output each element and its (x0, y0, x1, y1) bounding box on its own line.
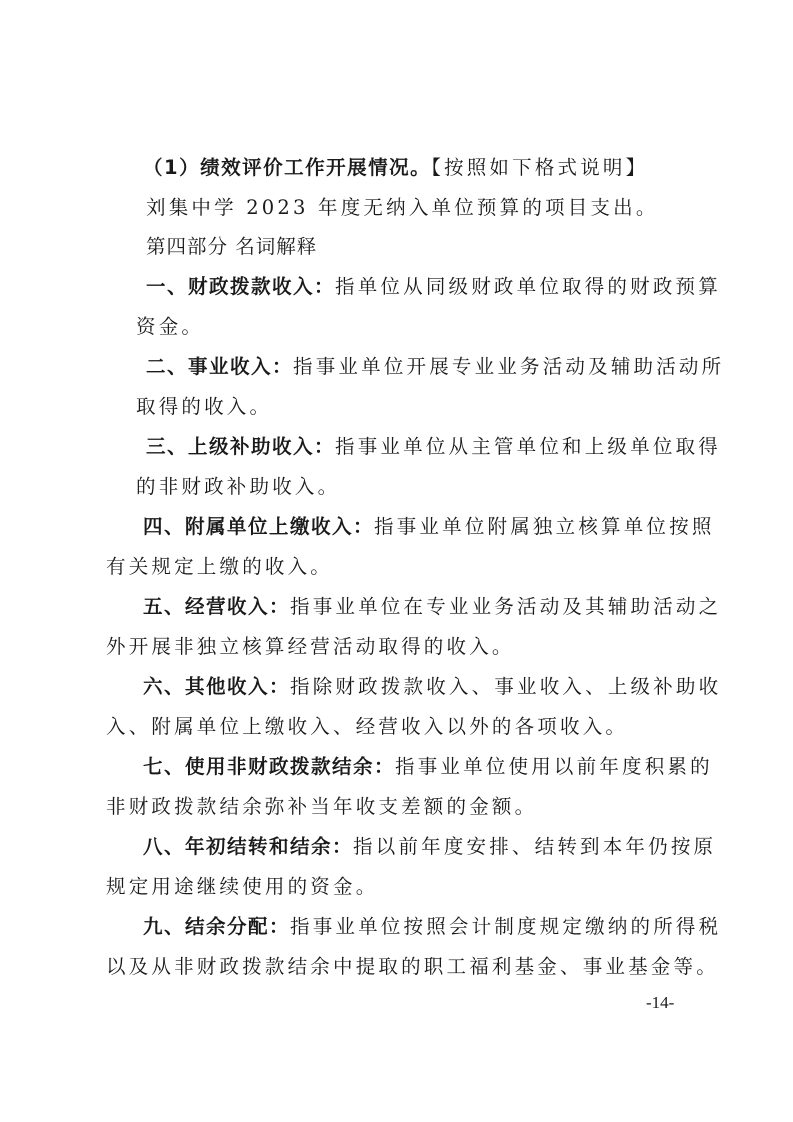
term-4-line2: 有关规定上缴的收入。 (106, 553, 333, 581)
term-3-line1: 三、上级补助收入：指事业单位从主管单位和上级单位取得 (146, 433, 721, 461)
term-1-line1: 一、财政拨款收入：指单位从同级财政单位取得的财政预算 (146, 273, 721, 301)
term-5-label: 五、经营收入： (143, 595, 290, 618)
term-9-line2: 以及从非财政拨款结余中提取的职工福利基金、事业基金等。 (106, 953, 719, 981)
term-1-line2: 资金。 (136, 313, 204, 341)
term-1-label: 一、财政拨款收入： (146, 275, 335, 298)
term-1-definition: 指单位从同级财政单位取得的财政预算 (335, 275, 721, 298)
term-9-label: 九、结余分配： (143, 915, 290, 938)
term-6-label: 六、其他收入： (143, 675, 290, 698)
term-7-definition: 指事业单位使用以前年度积累的 (395, 755, 713, 778)
term-3-line2: 的非财政补助收入。 (136, 473, 340, 501)
term-7-line1: 七、使用非财政拨款结余：指事业单位使用以前年度积累的 (143, 753, 713, 781)
term-9-definition: 指事业单位按照会计制度规定缴纳的所得税 (290, 915, 721, 938)
term-2-line2: 取得的收入。 (136, 393, 272, 421)
term-3-definition: 指事业单位从主管单位和上级单位取得 (335, 435, 721, 458)
term-5-definition: 指事业单位在专业业务活动及其辅助活动之 (290, 595, 721, 618)
term-4-line1: 四、附属单位上缴收入：指事业单位附属独立核算单位按照 (143, 513, 715, 541)
page-number: -14- (646, 993, 674, 1013)
term-8-definition: 指以前年度安排、结转到本年仍按原 (353, 835, 716, 858)
term-9-line1: 九、结余分配：指事业单位按照会计制度规定缴纳的所得税 (143, 913, 721, 941)
term-2-definition: 指事业单位开展专业业务活动及辅助活动所 (293, 355, 724, 378)
section-heading: （1）绩效评价工作开展情况。【按照如下格式说明】 (143, 154, 648, 182)
section-heading-note: 【按照如下格式说明】 (431, 156, 648, 179)
term-2-label: 二、事业收入： (146, 355, 293, 378)
term-8-line1: 八、年初结转和结余：指以前年度安排、结转到本年仍按原 (143, 833, 716, 861)
term-3-label: 三、上级补助收入： (146, 435, 335, 458)
term-8-line2: 规定用途继续使用的资金。 (106, 873, 378, 901)
term-6-definition: 指除财政拨款收入、事业收入、上级补助收 (290, 675, 721, 698)
term-4-definition: 指事业单位附属独立核算单位按照 (374, 515, 715, 538)
term-5-line2: 外开展非独立核算经营活动取得的收入。 (106, 633, 515, 661)
term-5-line1: 五、经营收入：指事业单位在专业业务活动及其辅助活动之 (143, 593, 721, 621)
section-statement: 刘集中学 2023 年度无纳入单位预算的项目支出。 (146, 194, 659, 222)
term-6-line2: 入、附属单位上缴收入、经营收入以外的各项收入。 (106, 713, 628, 741)
term-8-label: 八、年初结转和结余： (143, 835, 353, 858)
term-2-line1: 二、事业收入：指事业单位开展专业业务活动及辅助活动所 (146, 353, 724, 381)
term-7-label: 七、使用非财政拨款结余： (143, 755, 395, 778)
term-6-line1: 六、其他收入：指除财政拨款收入、事业收入、上级补助收 (143, 673, 721, 701)
section-heading-bold: （1）绩效评价工作开展情况。 (143, 156, 431, 179)
term-7-line2: 非财政拨款结余弥补当年收支差额的金额。 (106, 793, 537, 821)
part-title: 第四部分 名词解释 (146, 233, 317, 261)
term-4-label: 四、附属单位上缴收入： (143, 515, 374, 538)
